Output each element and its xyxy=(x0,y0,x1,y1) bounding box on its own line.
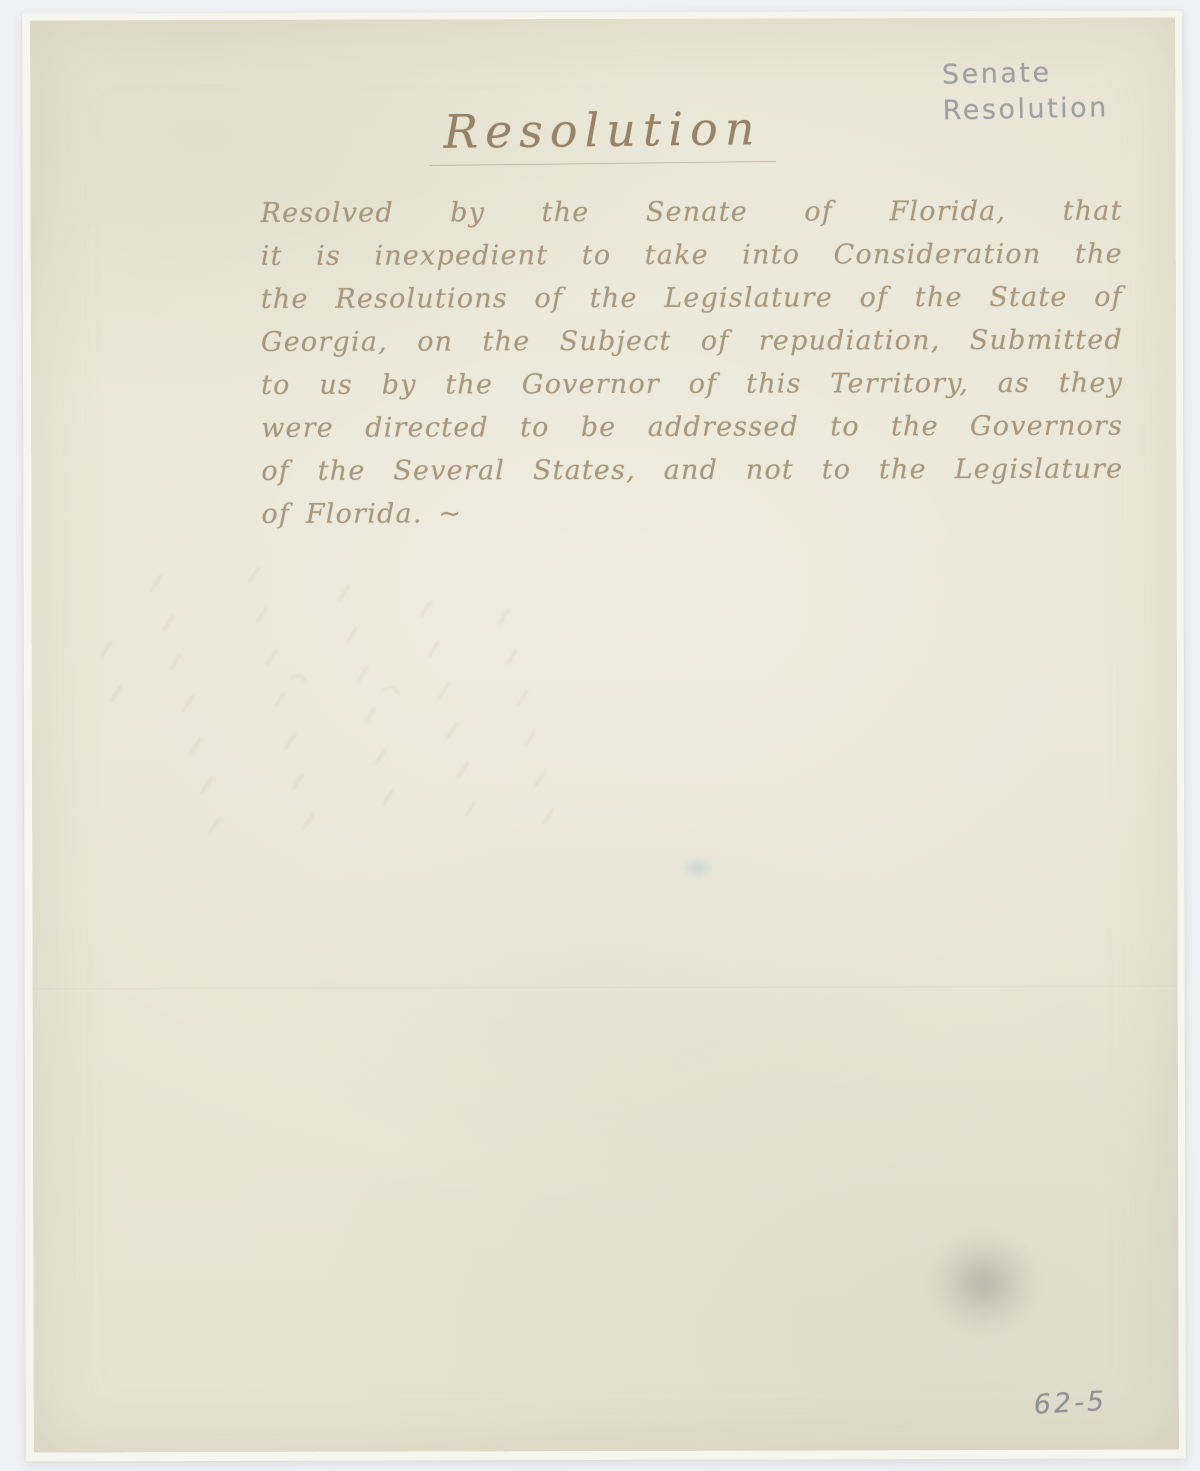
blue-stain xyxy=(680,857,714,879)
paper-fold-line xyxy=(33,985,1178,991)
body-line: Resolved by the Senate of Florida, that xyxy=(261,190,1123,235)
document-title-text: Resolution xyxy=(430,101,777,166)
body-line: the Resolutions of the Legislature of th… xyxy=(261,276,1123,321)
document-body: Resolved by the Senate of Florida, that … xyxy=(261,190,1124,536)
ink-bleedthrough-marks xyxy=(92,559,563,860)
body-line: of Florida. ~ xyxy=(261,491,1123,536)
document-title: Resolution xyxy=(30,102,1175,166)
paper-sheet: Senate Resolution Resolution Resolved by… xyxy=(30,18,1179,1453)
body-line: of the Several States, and not to the Le… xyxy=(261,448,1123,493)
body-line: to us by the Governor of this Territory,… xyxy=(261,362,1123,407)
body-line: were directed to be addressed to the Gov… xyxy=(261,405,1123,450)
body-line: Georgia, on the Subject of repudiation, … xyxy=(261,319,1123,364)
scan-page-mat: Senate Resolution Resolution Resolved by… xyxy=(22,10,1186,1461)
body-line: it is inexpedient to take into Considera… xyxy=(261,233,1123,278)
pencil-annotation-line1: Senate xyxy=(942,54,1109,93)
archive-number-pencil: 62-5 xyxy=(1033,1386,1108,1421)
smudge-stain xyxy=(928,1233,1038,1333)
